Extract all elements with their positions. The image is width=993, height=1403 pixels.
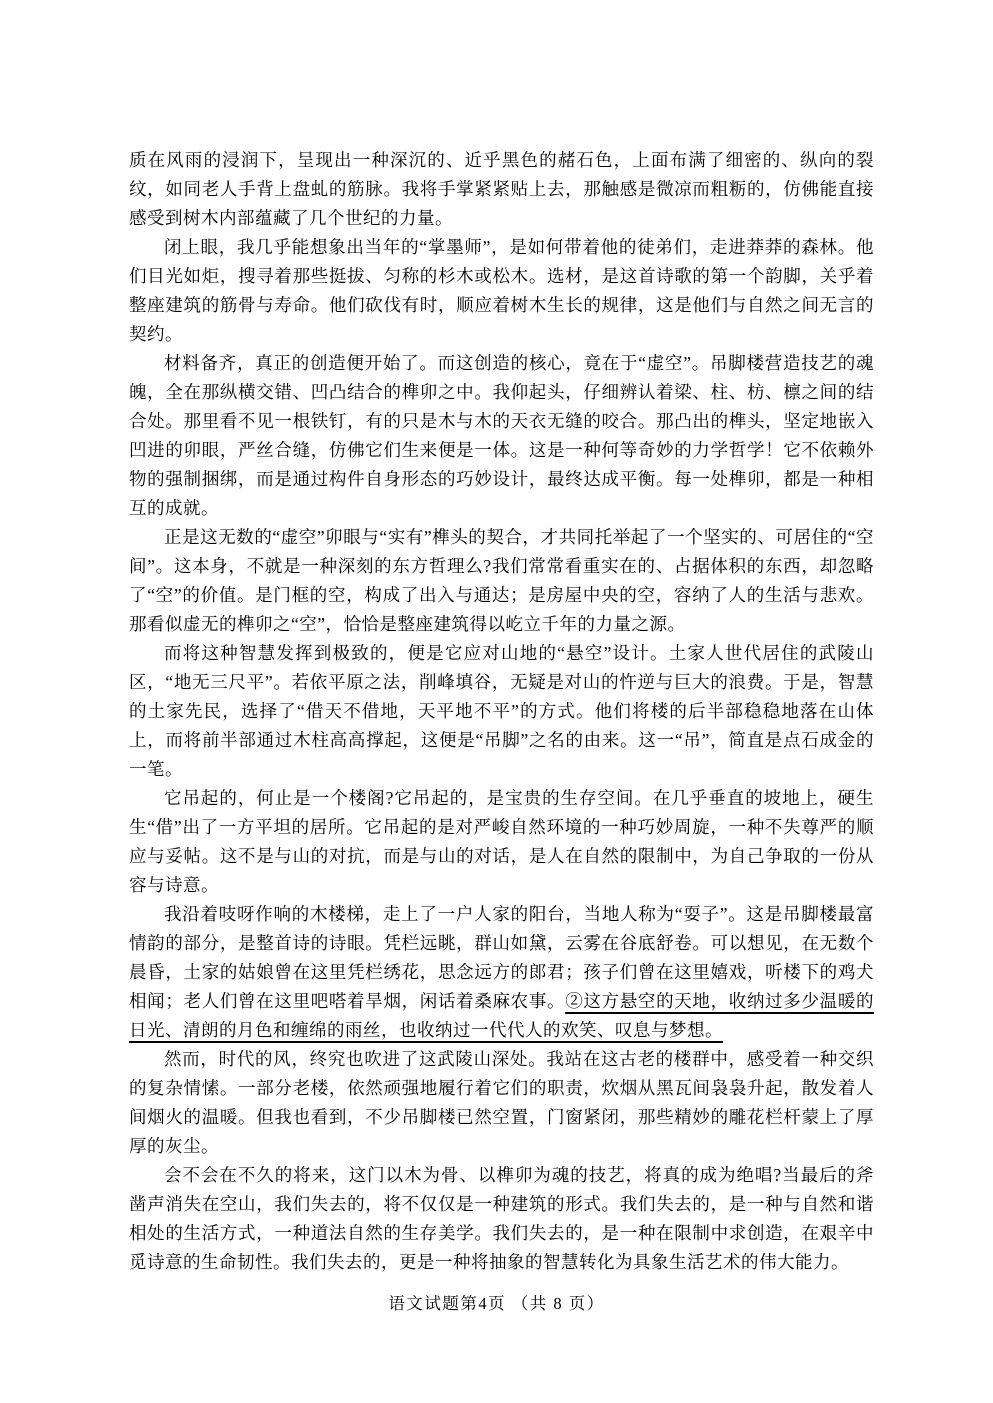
paragraph-6-text: 它吊起的，何止是一个楼阁?它吊起的，是宝贵的生存空间。在几乎垂直的坡地上，硬生生… [129, 788, 874, 895]
paragraph-5: 而将这种智慧发挥到极致的，便是它应对山地的“悬空”设计。土家人世代居住的武陵山区… [129, 639, 874, 784]
paragraph-7: 我沿着吱呀作响的木楼梯，走上了一户人家的阳台，当地人称为“耍子”。这是吊脚楼最富… [129, 900, 874, 1045]
paragraph-8: 然而，时代的风，终究也吹进了这武陵山深处。我站在这古老的楼群中，感受着一种交织的… [129, 1045, 874, 1161]
page-number-footer: 语文试题第4页 （共 8 页） [0, 1290, 993, 1314]
paragraph-1: 质在风雨的浸润下，呈现出一种深沉的、近乎黑色的赭石色，上面布满了细密的、纵向的裂… [129, 146, 874, 233]
essay-body: 质在风雨的浸润下，呈现出一种深沉的、近乎黑色的赭石色，上面布满了细密的、纵向的裂… [129, 146, 874, 1277]
paragraph-4: 正是这无数的“虚空”卯眼与“实有”榫头的契合，才共同托举起了一个坚实的、可居住的… [129, 523, 874, 639]
paragraph-5-text: 而将这种智慧发挥到极致的，便是它应对山地的“悬空”设计。土家人世代居住的武陵山区… [129, 643, 874, 779]
paragraph-3: 材料备齐，真正的创造便开始了。而这创造的核心，竟在于“虚空”。吊脚楼营造技艺的魂… [129, 349, 874, 523]
paragraph-9-text: 会不会在不久的将来，这门以木为骨、以榫卯为魂的技艺，将真的成为绝唱?当最后的斧凿… [129, 1165, 874, 1272]
paragraph-8-text: 然而，时代的风，终究也吹进了这武陵山深处。我站在这古老的楼群中，感受着一种交织的… [129, 1049, 874, 1156]
exam-page: 质在风雨的浸润下，呈现出一种深沉的、近乎黑色的赭石色，上面布满了细密的、纵向的裂… [0, 0, 993, 1403]
paragraph-2-text: 闭上眼，我几乎能想象出当年的“掌墨师”，是如何带着他的徒弟们，走进莽莽的森林。他… [129, 237, 874, 344]
paragraph-9: 会不会在不久的将来，这门以木为骨、以榫卯为魂的技艺，将真的成为绝唱?当最后的斧凿… [129, 1161, 874, 1277]
paragraph-1-text: 质在风雨的浸润下，呈现出一种深沉的、近乎黑色的赭石色，上面布满了细密的、纵向的裂… [129, 150, 874, 228]
paragraph-6: 它吊起的，何止是一个楼阁?它吊起的，是宝贵的生存空间。在几乎垂直的坡地上，硬生生… [129, 784, 874, 900]
paragraph-4-text: 正是这无数的“虚空”卯眼与“实有”榫头的契合，才共同托举起了一个坚实的、可居住的… [129, 527, 874, 634]
paragraph-2: 闭上眼，我几乎能想象出当年的“掌墨师”，是如何带着他的徒弟们，走进莽莽的森林。他… [129, 233, 874, 349]
paragraph-3-text: 材料备齐，真正的创造便开始了。而这创造的核心，竟在于“虚空”。吊脚楼营造技艺的魂… [129, 353, 874, 518]
